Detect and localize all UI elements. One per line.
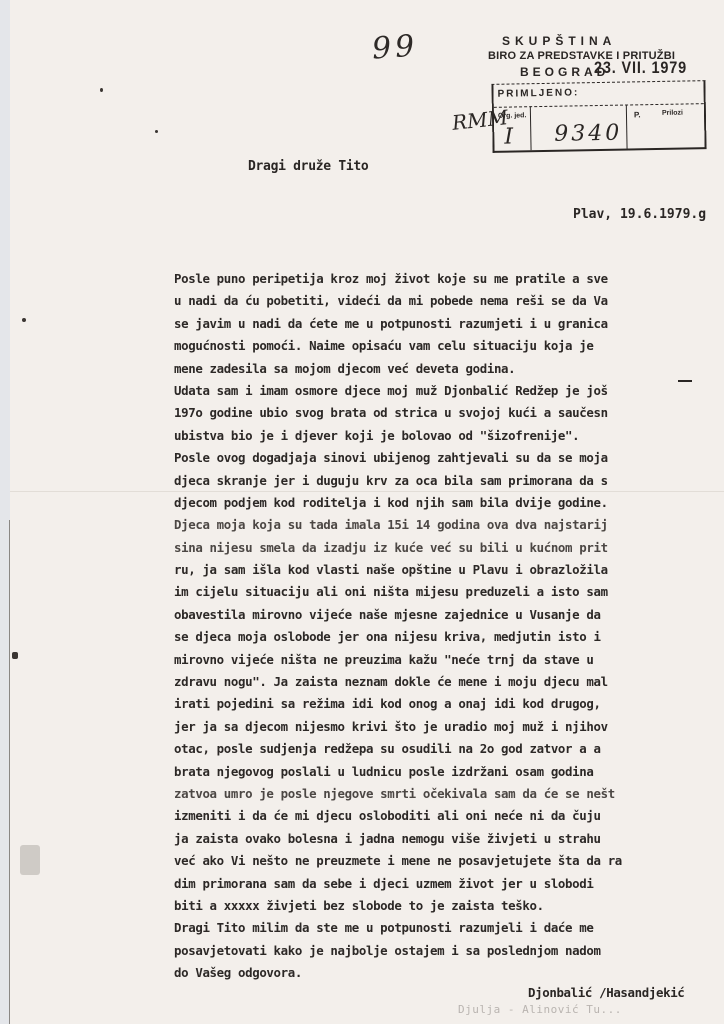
stamp-registration-number: 9340 <box>554 121 622 147</box>
body-line: zdravu nogu". Ja zaista neznam dokle će … <box>174 671 724 693</box>
stamp-column-divider <box>626 105 628 149</box>
body-line: Djeca moja koja su tada imala 15i 14 god… <box>174 514 724 536</box>
body-line: zatvoa umro je posle njegove smrti očeki… <box>174 783 724 805</box>
body-line: izmeniti i da će mi djecu osloboditi ali… <box>174 805 724 827</box>
body-line: brata njegovog poslali u ludnicu posle i… <box>174 761 724 783</box>
stamp-p-label: P. <box>634 110 641 119</box>
body-line: mene zadesila sa mojom djecom već deveta… <box>174 358 724 380</box>
body-line: Udata sam i imam osmore djece moj muž Dj… <box>174 380 724 402</box>
letter-greeting: Dragi druže Tito <box>248 159 368 174</box>
body-line: irati pojedini sa režima idi kod onog a … <box>174 693 724 715</box>
paper-edge-line <box>9 520 10 1024</box>
body-line: već ako Vi nešto ne preuzmete i mene ne … <box>174 850 724 872</box>
body-line: mirovno vijeće ništa ne preuzima kažu "n… <box>174 649 724 671</box>
body-line: biti a xxxxx živjeti bez slobode to je z… <box>174 895 724 917</box>
body-line: djeca skranje jer i duguju krv za oca bi… <box>174 470 724 492</box>
body-line: im cijelu situaciju ali oni ništa mijesu… <box>174 581 724 603</box>
body-line: ja zaista ovako bolesna i jadna nemogu v… <box>174 828 724 850</box>
letter-body: Posle puno peripetija kroz moj život koj… <box>174 268 724 985</box>
body-line: Posle puno peripetija kroz moj život koj… <box>174 268 724 290</box>
body-line: sina nijesu smela da izadju iz kuće već … <box>174 537 724 559</box>
faded-sub-signature: Djulja - Alinović Tu... <box>458 1003 622 1016</box>
body-line: posavjetovati kako je najbolje ostajem i… <box>174 940 724 962</box>
body-line: do Vašeg odgovora. <box>174 962 724 984</box>
body-line: obavestila mirovno vijeće naše mjesne za… <box>174 604 724 626</box>
body-line: Dragi Tito milim da ste me u potpunosti … <box>174 917 724 939</box>
body-line: otac, posle sudjenja redžepa su osudili … <box>174 738 724 760</box>
ink-speck <box>155 130 158 133</box>
ink-speck <box>100 88 103 92</box>
body-line: 197o godine ubio svog brata od strica u … <box>174 402 724 424</box>
body-line: u nadi da ću pobetiti, videći da mi pobe… <box>174 290 724 312</box>
received-stamp: SKUPŠTINA BIRO ZA PREDSTAVKE I PRITUŽBI … <box>480 30 724 160</box>
body-line: se javim u nadi da ćete me u potpunosti … <box>174 313 724 335</box>
stamp-date: 23. VII. 1979 <box>594 58 687 78</box>
body-line: mogućnosti pomoći. Naime opisaću vam cel… <box>174 335 724 357</box>
body-line: se djeca moja oslobode jer ona nijesu kr… <box>174 626 724 648</box>
stamp-column-divider <box>530 106 532 150</box>
ink-speck <box>20 845 40 875</box>
letter-place-date: Plav, 19.6.1979.g <box>573 207 706 222</box>
stamp-institution: SKUPŠTINA <box>502 34 616 48</box>
body-line: jer ja sa djecom nijesmo krivi što je ur… <box>174 716 724 738</box>
body-line: ubistva bio je i djever koji je bolovao … <box>174 425 724 447</box>
ink-speck <box>12 652 18 659</box>
body-line: dim primorana sam da sebe i djeci uzmem … <box>174 873 724 895</box>
stamp-attachment-label: Prilozi <box>662 110 683 117</box>
body-line: Posle ovog dogadjaja sinovi ubijenog zah… <box>174 447 724 469</box>
body-line: djecom podjem kod roditelja i kod njih s… <box>174 492 724 514</box>
body-line: ru, ja sam išla kod vlasti naše opštine … <box>174 559 724 581</box>
pen-dash-mark <box>678 380 692 382</box>
stamp-box: PRIMLJENO: Org. jed. P. Prilozi I 9340 <box>491 80 706 153</box>
stamp-received-label: PRIMLJENO: <box>498 87 580 99</box>
ink-speck <box>22 318 26 322</box>
letter-signature: Djonbalić /Hasandjekić <box>528 985 684 1000</box>
handwritten-page-number: 99 <box>371 28 420 66</box>
stamp-divider <box>494 103 704 108</box>
